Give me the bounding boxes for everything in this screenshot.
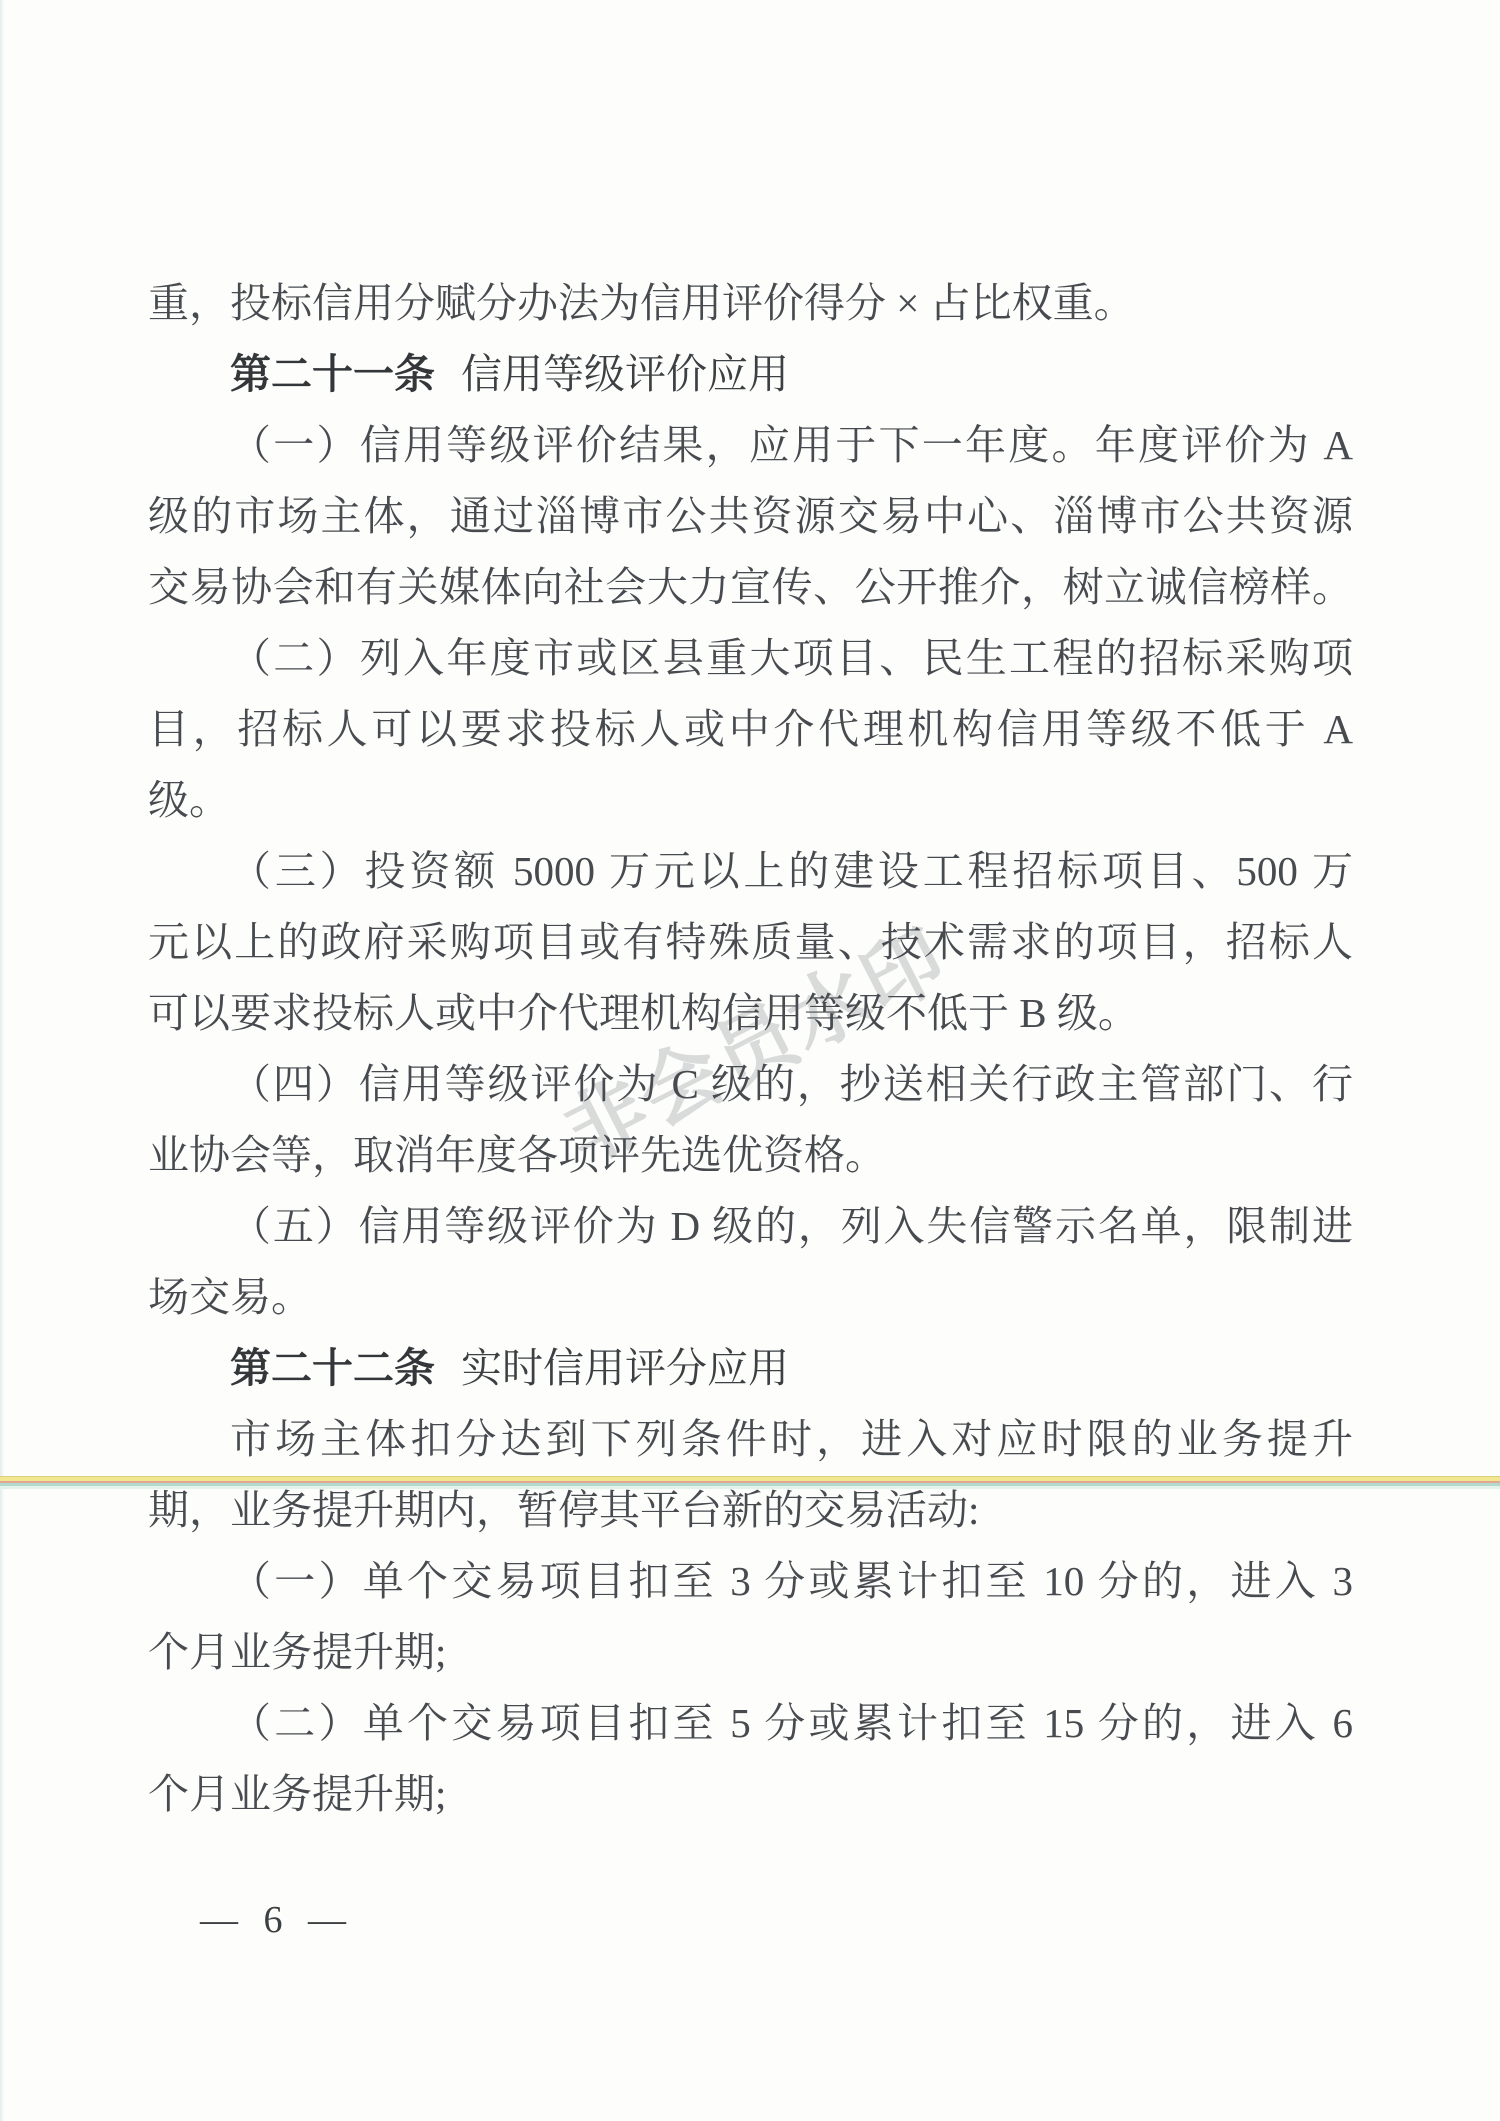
article-title: 信用等级评价应用 xyxy=(461,351,789,397)
text-line: 重，投标信用分赋分办法为信用评价得分 × 占比权重。 xyxy=(148,268,1353,339)
text-line: 个月业务提升期; xyxy=(148,1617,1353,1688)
text-line: 级。 xyxy=(148,765,1353,836)
article-heading: 第二十一条信用等级评价应用 xyxy=(148,339,1353,410)
text-line: （五）信用等级评价为 D 级的，列入失信警示名单，限制进 xyxy=(148,1191,1353,1262)
text-line: 业协会等，取消年度各项评先选优资格。 xyxy=(148,1120,1353,1191)
scan-edge-shadow xyxy=(0,0,4,2121)
article-title: 实时信用评分应用 xyxy=(461,1345,789,1391)
text-line: 个月业务提升期; xyxy=(148,1759,1353,1830)
text-line: （二）列入年度市或区县重大项目、民生工程的招标采购项 xyxy=(148,623,1353,694)
article-number: 第二十二条 xyxy=(230,1345,435,1391)
text-line: （三）投资额 5000 万元以上的建设工程招标项目、500 万 xyxy=(148,836,1353,907)
text-line: 期，业务提升期内，暂停其平台新的交易活动: xyxy=(148,1475,1353,1546)
article-number: 第二十一条 xyxy=(230,351,435,397)
text-line: 目，招标人可以要求投标人或中介代理机构信用等级不低于 A xyxy=(148,694,1353,765)
text-line: （一）单个交易项目扣至 3 分或累计扣至 10 分的，进入 3 xyxy=(148,1546,1353,1617)
text-line: （二）单个交易项目扣至 5 分或累计扣至 15 分的，进入 6 xyxy=(148,1688,1353,1759)
document-body: 重，投标信用分赋分办法为信用评价得分 × 占比权重。 第二十一条信用等级评价应用… xyxy=(148,268,1353,1830)
text-line: 交易协会和有关媒体向社会大力宣传、公开推介，树立诚信榜样。 xyxy=(148,552,1353,623)
text-line: 可以要求投标人或中介代理机构信用等级不低于 B 级。 xyxy=(148,978,1353,1049)
text-line: 元以上的政府采购项目或有特殊质量、技术需求的项目，招标人 xyxy=(148,907,1353,978)
page-number: — 6 — xyxy=(200,1898,354,1942)
text-line: 市场主体扣分达到下列条件时，进入对应时限的业务提升 xyxy=(148,1404,1353,1475)
article-heading: 第二十二条实时信用评分应用 xyxy=(148,1333,1353,1404)
text-line: （一）信用等级评价结果，应用于下一年度。年度评价为 A xyxy=(148,410,1353,481)
text-line: （四）信用等级评价为 C 级的，抄送相关行政主管部门、行 xyxy=(148,1049,1353,1120)
text-line: 场交易。 xyxy=(148,1262,1353,1333)
text-line: 级的市场主体，通过淄博市公共资源交易中心、淄博市公共资源 xyxy=(148,481,1353,552)
document-page: 非会员水印 重，投标信用分赋分办法为信用评价得分 × 占比权重。 第二十一条信用… xyxy=(0,0,1500,2121)
